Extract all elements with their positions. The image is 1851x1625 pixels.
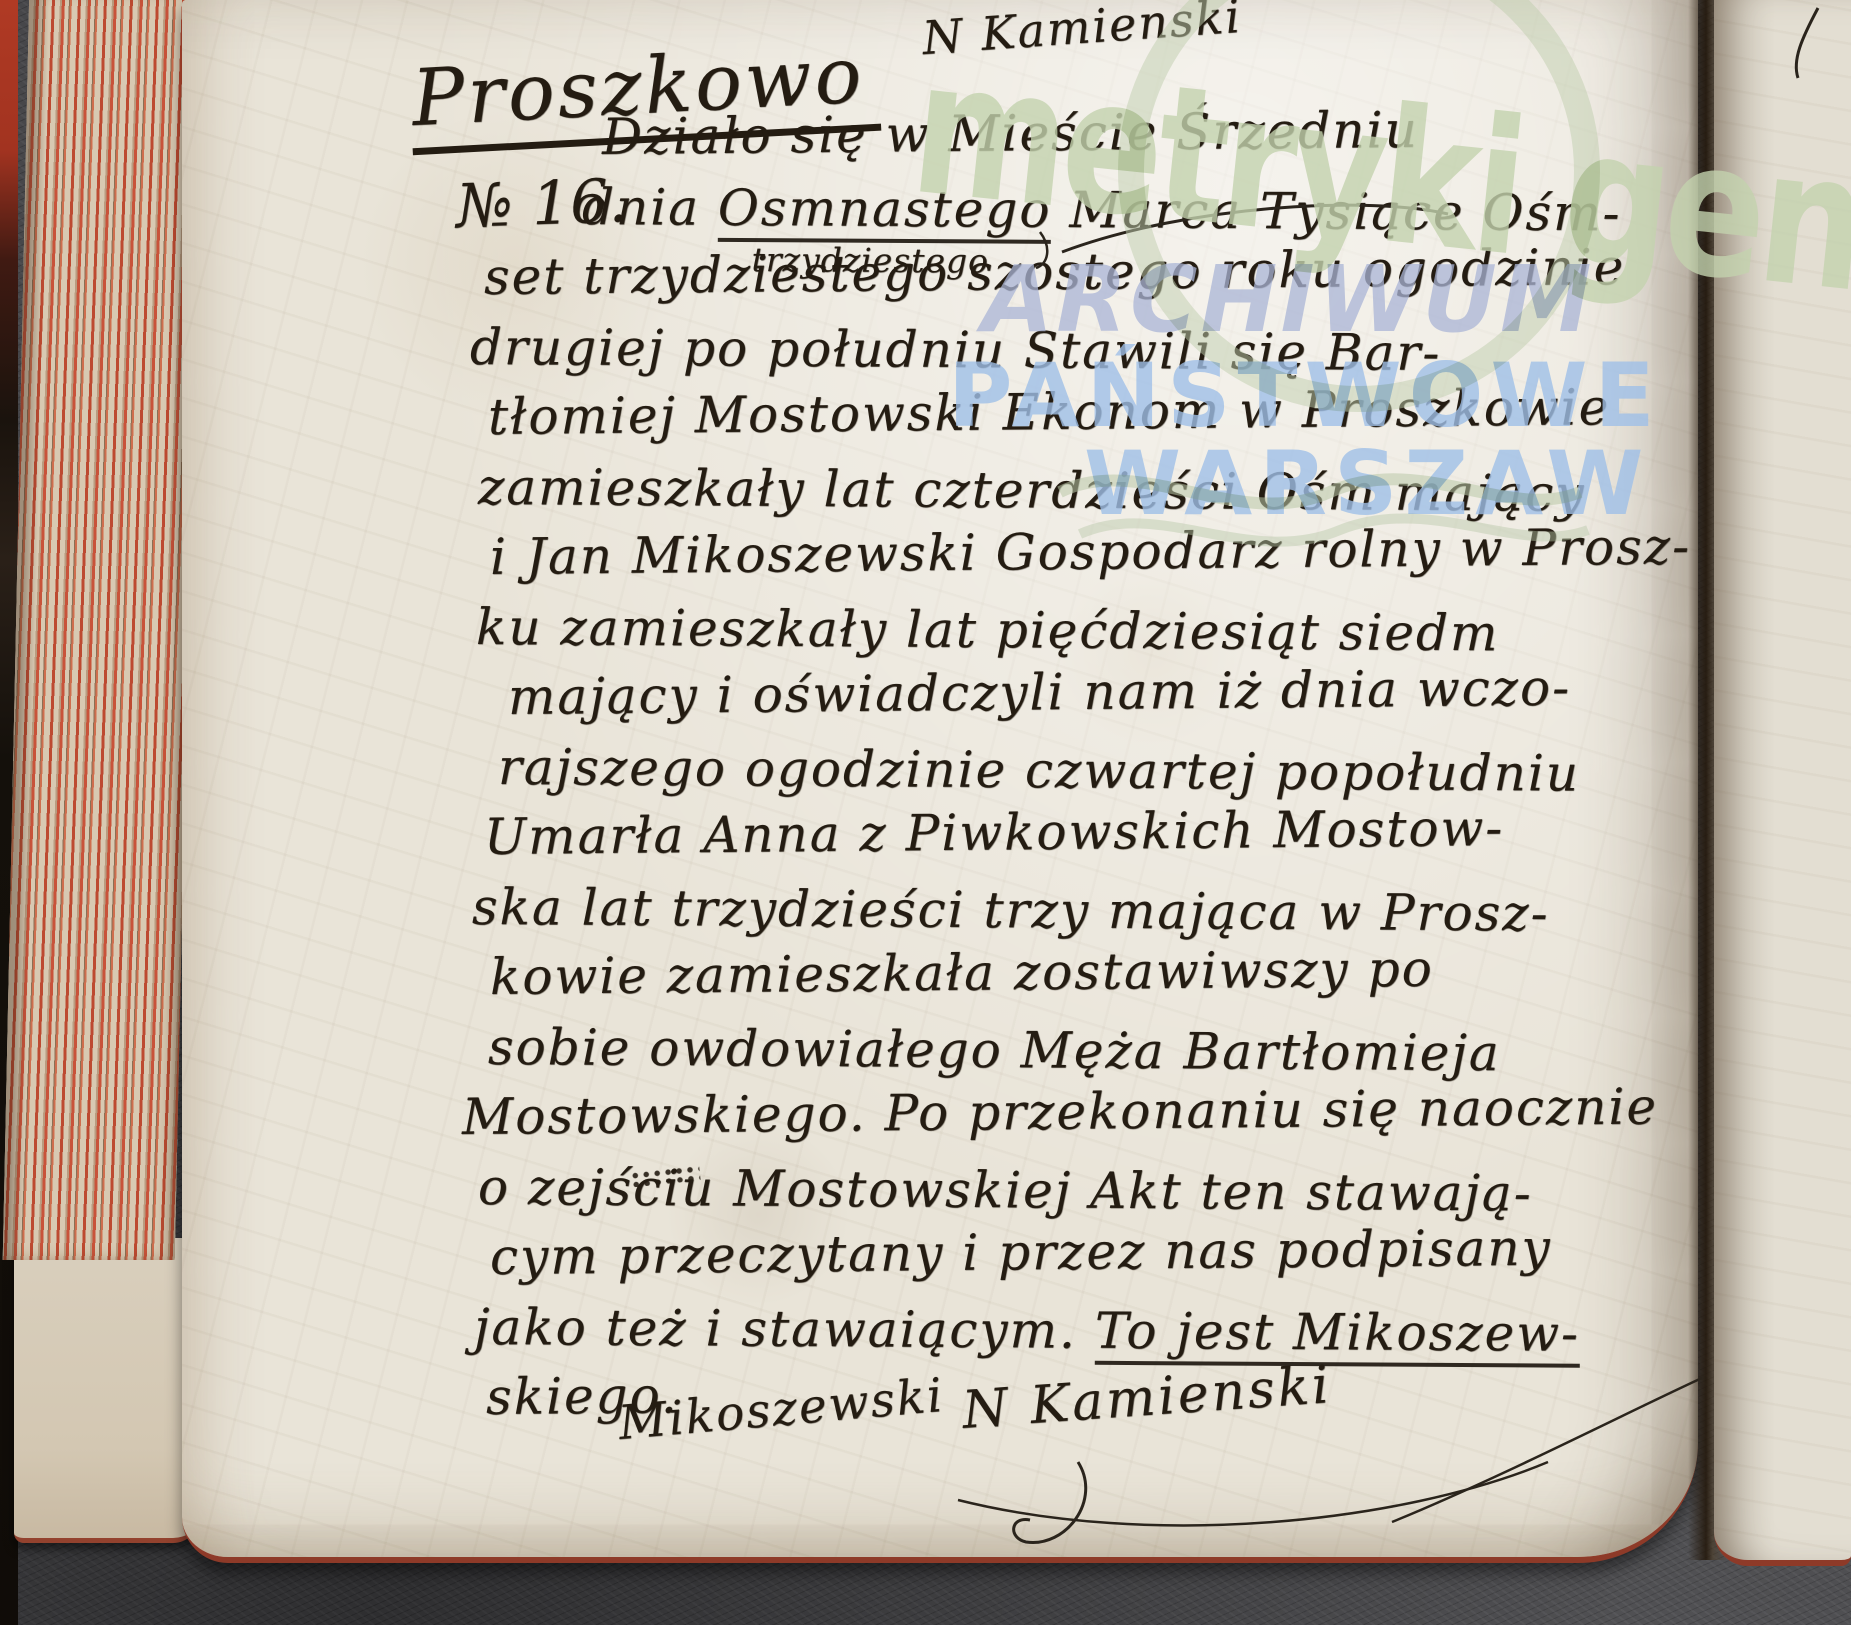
manuscript-line: cym przeczytany i przez nas podpisany	[490, 1212, 1591, 1292]
manuscript-line: i Jan Mikoszewski Gospodarz rolny w Pros…	[490, 512, 1591, 592]
manuscript-line: Umarła Anna z Piwkowskich Mostow-	[484, 792, 1591, 872]
page-stack-bottom	[14, 1238, 199, 1543]
right-page	[1714, 0, 1851, 1566]
manuscript-photo: Proszkowo № 16. N Kamienski Działo się w…	[0, 0, 1851, 1625]
manuscript-line: tłomiej Mostowski Ekonom w Proszkowie	[488, 372, 1591, 452]
manuscript-line: kowie zamieszkała zostawiwszy po	[490, 932, 1591, 1012]
manuscript-line: Działo się w Mieście Śrzedniu	[602, 93, 1591, 172]
manuscript-line: mający i oświadczyli nam iż dnia wczo-	[508, 653, 1591, 732]
record-text-block: Działo się w Mieście Śrzedniudnia Osmnas…	[470, 102, 1590, 1432]
manuscript-line: Mostowskiego. Po przekonaniu się naoczni…	[462, 1072, 1591, 1152]
manuscript-line: set trzydziestego szostego roku ogodzini…	[484, 232, 1591, 312]
red-page-edges	[3, 0, 202, 1260]
